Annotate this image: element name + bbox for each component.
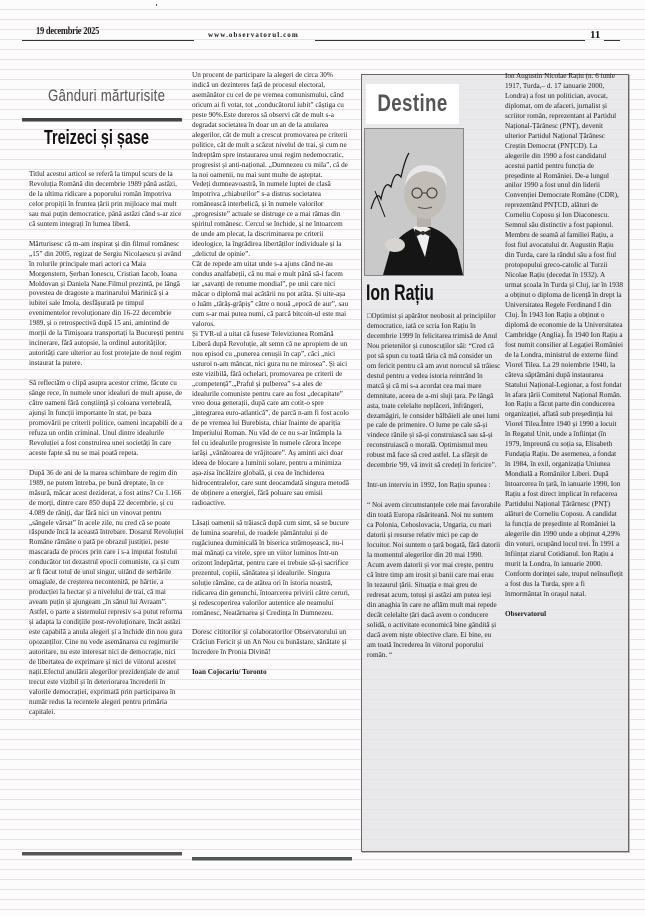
portrait-photo: [364, 128, 464, 276]
article-title: Treizeci și șase: [44, 127, 145, 150]
paragraph: Să reflectăm o clipă asupra acestor crim…: [29, 379, 184, 459]
paragraph: “ Noi avem circumstanțele cele mai favor…: [367, 501, 501, 660]
portrait-illustration-icon: [365, 129, 463, 275]
issue-date: 19 decembrie 2025: [36, 26, 99, 37]
paragraph: După 36 de ani de la marea schimbare de …: [29, 469, 184, 718]
paragraph: Și TVR-ul a uitat că fusese Televiziunea…: [192, 330, 350, 509]
page-header: 19 decembrie 2025 www.observatorul.com 1…: [22, 26, 632, 40]
author-signature: Ioan Cojocariu/ Toronto: [192, 668, 350, 678]
article-column-2: Un procent de participare la alegeri de …: [192, 71, 350, 688]
paragraph: Un procent de participare la alegeri de …: [192, 71, 350, 180]
destine-column-1: □Optimist și apărător neobosit al princi…: [367, 312, 501, 670]
section-divider: [22, 118, 182, 122]
section-label: Destine: [366, 84, 459, 124]
paragraph: Lăsați oamenii să trăiască după cum simt…: [192, 519, 350, 619]
header-rule: [22, 40, 194, 41]
subject-name: Ion Rațiu: [366, 280, 463, 306]
article-kicker: Gânduri mărturisite: [48, 86, 153, 106]
header-rule: [315, 40, 585, 41]
paragraph: Titlul acestui articol se referă la timp…: [29, 170, 184, 230]
paragraph: Doresc cititorilor și colaboratorilor Ob…: [192, 628, 350, 658]
paragraph: □Optimist și apărător neobosit al princi…: [367, 312, 501, 471]
header-rule: [604, 40, 620, 41]
paragraph: Mărturisesc că m-am inspirat și din film…: [29, 240, 184, 369]
page-number: 11: [590, 29, 600, 41]
paragraph: Intr-un interviu in 1992, Ion Rațiu spun…: [367, 481, 501, 491]
author-signature: Observatorul: [505, 610, 623, 620]
print-speck: [156, 4, 157, 6]
destine-column-2: Ion Augustin Nicolae Rațiu (n. 6 iunie 1…: [505, 72, 623, 629]
paragraph: Cât de repede am uitat unde s-a ajuns câ…: [192, 260, 350, 330]
paragraph: Vedeți dumneavoastră, în numele luptei d…: [192, 180, 350, 260]
paragraph: Ion Augustin Nicolae Rațiu (n. 6 iunie 1…: [505, 72, 623, 600]
article-column-1: Titlul acestui articol se referă la timp…: [29, 170, 184, 728]
section-kicker: Destine: [376, 84, 449, 124]
website-link[interactable]: www.observatorul.com: [208, 31, 299, 39]
column-end-divider: [22, 852, 182, 856]
column-end-divider: [192, 857, 352, 861]
